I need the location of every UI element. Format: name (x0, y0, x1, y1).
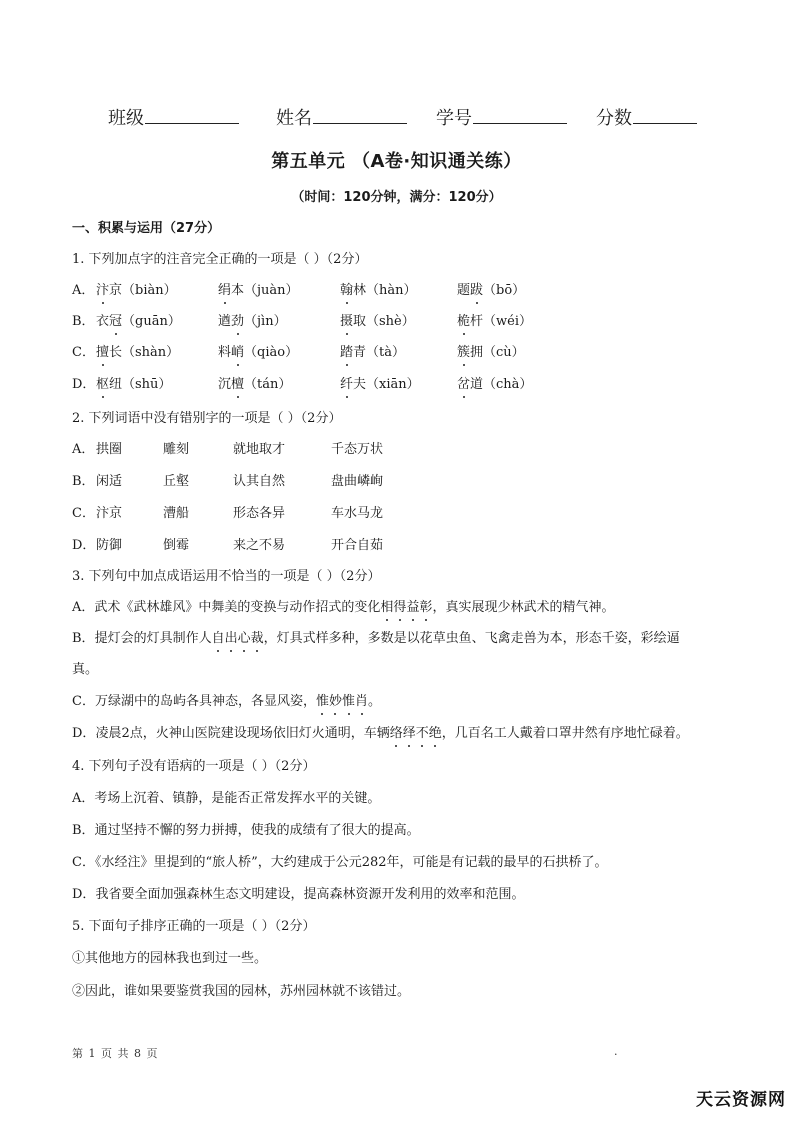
question-3-stem: 3. 下列句中加点成语运用不恰当的一项是（ ）（2分） (72, 568, 380, 586)
name-field[interactable]: 姓名 (276, 104, 407, 130)
dotted-idiom: 自出心裁 (212, 631, 264, 646)
q3-option-a[interactable]: A．武术《武林雄风》中舞美的变换与动作招式的变化相得益彰，真实展现少林武术的精气… (72, 599, 614, 617)
watermark-logo: 天云资源网 (696, 1085, 786, 1110)
student-id-field[interactable]: 学号 (436, 104, 567, 130)
dotted-idiom: 惟妙惟肖 (316, 694, 368, 709)
q2-option-c[interactable]: C． 汴京 漕船 形态各异 车水马龙 (72, 505, 732, 525)
class-field[interactable]: 班级 (108, 104, 239, 130)
term: 擅长（shàn） (96, 344, 179, 362)
q5-sentence-1: ①其他地方的园林我也到过一些。 (72, 950, 267, 968)
question-1-stem: 1. 下列加点字的注音完全正确的一项是（ ）（2分） (72, 251, 367, 269)
dotted-idiom: 络绎不绝 (390, 726, 442, 741)
q3-option-c[interactable]: C．万绿湖中的岛屿各具神态，各显风姿，惟妙惟肖。 (72, 693, 381, 711)
score-field[interactable]: 分数 (596, 104, 697, 130)
page-number: 第 1 页 共 8 页 (72, 1045, 158, 1061)
term: 枢纽（shū） (96, 376, 171, 394)
term: 簇拥（cù） (457, 344, 525, 362)
q4-option-d[interactable]: D．我省要全面加强森林生态文明建设，提高森林资源开发利用的效率和范围。 (72, 886, 524, 904)
term: 汴京（biàn） (96, 282, 177, 300)
question-5-stem: 5. 下面句子排序正确的一项是（ ）（2分） (72, 918, 315, 936)
q4-option-a[interactable]: A．考场上沉着、镇静，是能否正常发挥水平的关键。 (72, 790, 380, 808)
term: 料峭（qiào） (218, 344, 298, 362)
exam-info: （时间：120分钟，满分：120分） (0, 186, 793, 205)
term: 纤夫（xiān） (340, 376, 420, 394)
term: 遒劲（jìn） (218, 313, 287, 331)
student-info-fields: 班级 姓名 学号 分数 (108, 104, 708, 130)
term: 踏青（tà） (340, 344, 405, 362)
q3-option-b[interactable]: B．提灯会的灯具制作人自出心裁，灯具式样多种，多数是以花草虫鱼、飞禽走兽为本，形… (72, 630, 680, 648)
term: 绢本（juàn） (218, 282, 299, 300)
q4-option-c[interactable]: C．《水经注》里提到的“旅人桥”，大约建成于公元282年，可能是有记载的最早的石… (72, 854, 608, 872)
term: 摄取（shè） (340, 313, 415, 331)
q5-sentence-2: ②因此，谁如果要鉴赏我国的园林，苏州园林就不该错过。 (72, 983, 410, 1001)
q2-option-a[interactable]: A． 拱圈 雕刻 就地取才 千态万状 (72, 441, 732, 461)
footer-dot: . (614, 1045, 618, 1058)
q3-option-b-continued: 真。 (72, 661, 98, 679)
q1-option-a[interactable]: A． 汴京（biàn） 绢本（juàn） 翰林（hàn） 题跋（bō） (72, 282, 732, 302)
student-id-blank[interactable] (473, 105, 567, 124)
q2-option-d[interactable]: D． 防御 倒霉 来之不易 开合自茹 (72, 537, 732, 557)
term: 衣冠（guān） (96, 313, 181, 331)
question-4-stem: 4. 下列句子没有语病的一项是（ ）（2分） (72, 758, 315, 776)
name-blank[interactable] (313, 105, 407, 124)
class-blank[interactable] (145, 105, 239, 124)
term: 岔道（chà） (457, 376, 532, 394)
term: 翰林（hàn） (340, 282, 417, 300)
term: 沉檀（tán） (218, 376, 291, 394)
term: 题跋（bō） (457, 282, 525, 300)
q4-option-b[interactable]: B．通过坚持不懈的努力拼搏，使我的成绩有了很大的提高。 (72, 822, 420, 840)
score-blank[interactable] (633, 105, 697, 124)
q1-option-d[interactable]: D． 枢纽（shū） 沉檀（tán） 纤夫（xiān） 岔道（chà） (72, 376, 732, 396)
term: 桅杆（wéi） (457, 313, 532, 331)
page-title: 第五单元 （A卷·知识通关练） (0, 147, 793, 173)
q1-option-b[interactable]: B． 衣冠（guān） 遒劲（jìn） 摄取（shè） 桅杆（wéi） (72, 313, 732, 333)
q3-option-d[interactable]: D．凌晨2点，火神山医院建设现场依旧灯火通明，车辆络绎不绝，几百名工人戴着口罩井… (72, 725, 689, 743)
q2-option-b[interactable]: B． 闲适 丘壑 认其自然 盘曲嶙峋 (72, 473, 732, 493)
q1-option-c[interactable]: C． 擅长（shàn） 料峭（qiào） 踏青（tà） 簇拥（cù） (72, 344, 732, 364)
dotted-idiom: 相得益彰 (380, 600, 432, 615)
question-2-stem: 2. 下列词语中没有错别字的一项是（ ）（2分） (72, 410, 341, 428)
section-heading: 一、积累与运用（27分） (72, 220, 220, 238)
